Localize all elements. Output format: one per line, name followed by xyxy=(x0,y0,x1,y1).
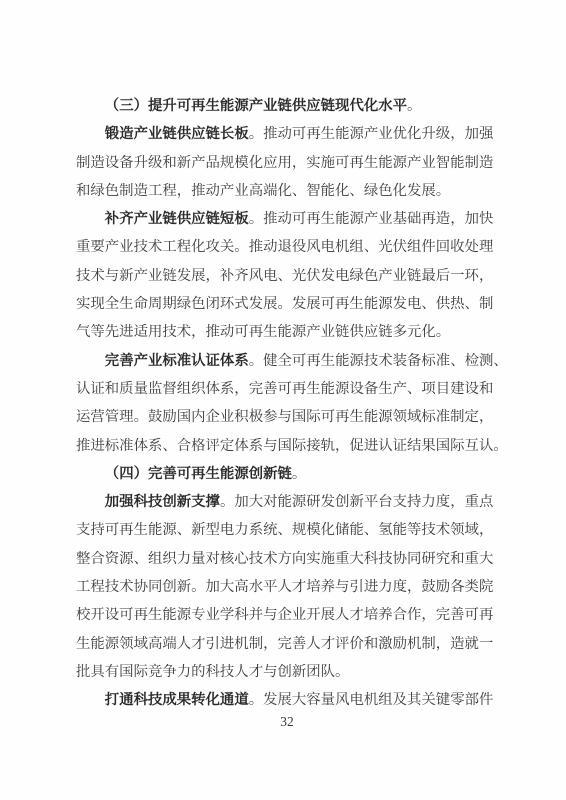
text-line: 校开设可再生能源专业学科并与企业开展人才培养合作，完善可再 xyxy=(76,601,498,629)
text-line: 认证和质量监督组织体系，完善可再生能源设备生产、项目建设和 xyxy=(76,375,498,403)
paragraph-lead: 锻造产业链供应链长板 xyxy=(105,126,249,142)
text-line: 实现全生命周期绿色闭环式发展。发展可再生能源发电、供热、制 xyxy=(76,290,498,318)
text-line: 和绿色制造工程，推动产业高端化、智能化、绿色化发展。 xyxy=(76,177,498,205)
text-line: 技术与新产业链发展，补齐风电、光伏发电绿色产业链最后一环， xyxy=(76,262,498,290)
paragraph-lead: 加强科技创新支撑 xyxy=(105,494,220,510)
paragraph-lead: 完善产业标准认证体系 xyxy=(105,353,249,369)
paragraph-lead: 补齐产业链供应链短板 xyxy=(105,211,249,227)
paragraph-lead: 打通科技成果转化通道 xyxy=(105,692,249,708)
text-line: 制造设备升级和新产品规模化应用，实施可再生能源产业智能制造 xyxy=(76,149,498,177)
document-page: （三）提升可再生能源产业链供应链现代化水平。锻造产业链供应链长板。推动可再生能源… xyxy=(0,0,566,800)
text-line: 锻造产业链供应链长板。推动可再生能源产业优化升级，加强 xyxy=(76,120,498,148)
text-line: 工程技术协同创新。加大高水平人才培养与引进力度，鼓励各类院 xyxy=(76,573,498,601)
page-footer: 32 xyxy=(76,712,498,732)
text-line: 补齐产业链供应链短板。推动可再生能源产业基础再造，加快 xyxy=(76,205,498,233)
paragraph-lead: （三）提升可再生能源产业链供应链现代化水平 xyxy=(105,98,407,114)
text-line: 打通科技成果转化通道。发展大容量风电机组及其关键零部件 xyxy=(76,686,498,714)
text-line: 重要产业技术工程化攻关。推动退役风电机组、光伏组件回收处理 xyxy=(76,233,498,261)
text-line: 整合资源、组织力量对核心技术方向实施重大科技协同研究和重大 xyxy=(76,545,498,573)
document-body: （三）提升可再生能源产业链供应链现代化水平。锻造产业链供应链长板。推动可再生能源… xyxy=(76,92,498,715)
text-line: 批具有国际竞争力的科技人才与创新团队。 xyxy=(76,658,498,686)
text-line: （四）完善可再生能源创新链。 xyxy=(76,460,498,488)
text-line: 支持可再生能源、新型电力系统、规模化储能、氢能等技术领域， xyxy=(76,516,498,544)
text-line: 气等先进适用技术，推动可再生能源产业链供应链多元化。 xyxy=(76,318,498,346)
text-line: 完善产业标准认证体系。健全可再生能源技术装备标准、检测、 xyxy=(76,347,498,375)
text-line: 推进标准体系、合格评定体系与国际接轨，促进认证结果国际互认。 xyxy=(76,432,498,460)
text-line: 加强科技创新支撑。加大对能源研发创新平台支持力度，重点 xyxy=(76,488,498,516)
text-line: 生能源领域高端人才引进机制，完善人才评价和激励机制，造就一 xyxy=(76,630,498,658)
text-line: 运营管理。鼓励国内企业积极参与国际可再生能源领域标准制定， xyxy=(76,403,498,431)
text-line: （三）提升可再生能源产业链供应链现代化水平。 xyxy=(76,92,498,120)
page-number: 32 xyxy=(280,714,294,729)
paragraph-lead: （四）完善可再生能源创新链 xyxy=(105,466,292,482)
